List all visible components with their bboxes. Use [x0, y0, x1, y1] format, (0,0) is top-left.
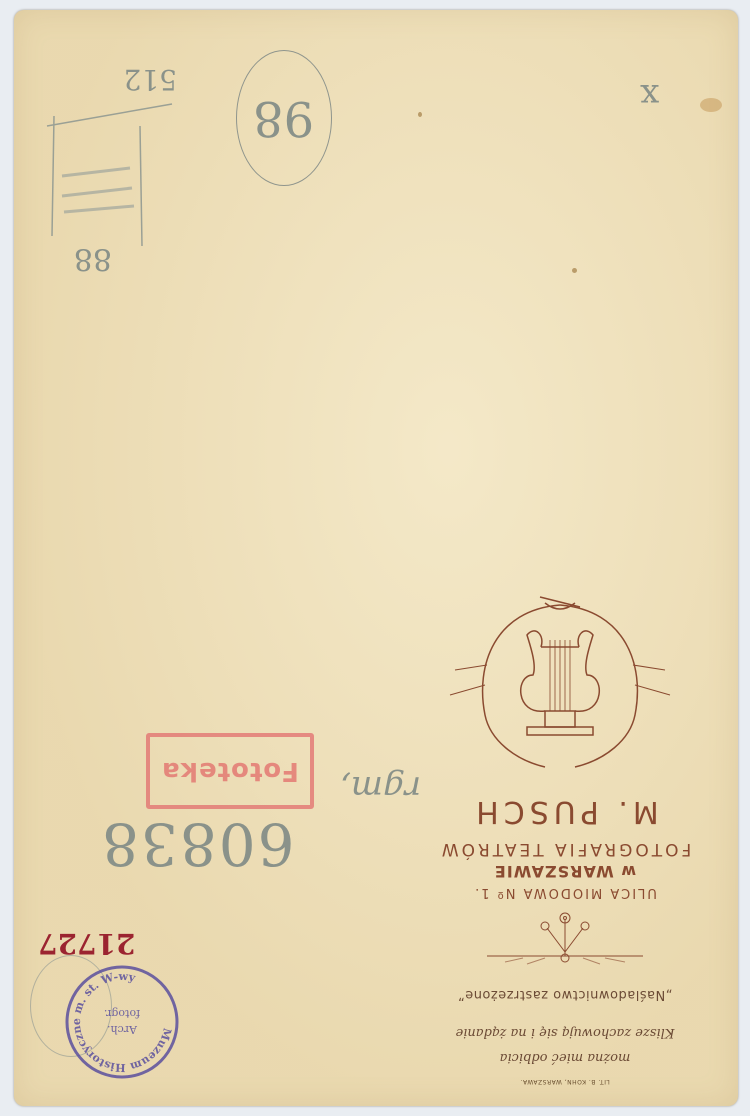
museum-stamp-ring-text: Muzeum Historyczne m. st. W-wy — [70, 970, 174, 1074]
foxing-stain — [572, 268, 577, 273]
studio-name: M. PUSCH — [400, 794, 730, 829]
foxing-stain — [700, 98, 722, 112]
photographer-imprint: M. PUSCH FOTOGRAFIA TEATRÓW w WARSZAWIE … — [400, 585, 730, 1085]
fototeka-stamp: Fototeka — [146, 733, 314, 809]
studio-line-2: w WARSZAWIE — [400, 862, 730, 881]
lithographer-credit: LIT. B. KOHN, WARSZAWA. — [400, 1078, 730, 1085]
pencil-initials: rgm, — [340, 768, 421, 808]
museum-stamp-ring-icon: Muzeum Historyczne m. st. W-wy Arch. fot… — [64, 964, 180, 1080]
svg-text:Muzeum Historyczne m. st. W-wy: Muzeum Historyczne m. st. W-wy — [70, 970, 174, 1074]
pencil-number-top: 512 — [124, 63, 177, 96]
inventory-number: 60838 — [100, 810, 295, 878]
circled-number-text: 98 — [253, 90, 314, 146]
studio-line-1: FOTOGRAFIA TEATRÓW — [400, 839, 730, 859]
pencil-corner-mark: x — [640, 76, 659, 116]
museum-stamp-center-line-2: fotogr. — [104, 1007, 140, 1020]
negatives-notice-line-2: można mieć odbicia — [400, 1050, 730, 1065]
museum-stamp-center-line-1: Arch. — [107, 1023, 138, 1036]
studio-address: ULICA MIODOWA Nº 1. — [400, 885, 730, 900]
copyright-notice: „Naśladownictwo zastrzeżone” — [400, 987, 730, 1002]
red-catalog-number: 21727 — [38, 927, 135, 960]
fototeka-stamp-text: Fototeka — [161, 756, 299, 786]
pencil-number-below: 88 — [74, 241, 112, 276]
pencil-fraction-mark: 512 88 — [32, 36, 182, 276]
foxing-stain — [418, 112, 422, 117]
museum-archive-stamp: Muzeum Historyczne m. st. W-wy Arch. fot… — [64, 964, 180, 1080]
lyre-wreath-emblem-icon — [445, 595, 675, 775]
flower-ornament-icon — [485, 908, 645, 970]
circled-number: 98 — [236, 50, 332, 186]
negatives-notice-line-1: Klisze zachowują się i na żądanie — [400, 1025, 730, 1040]
